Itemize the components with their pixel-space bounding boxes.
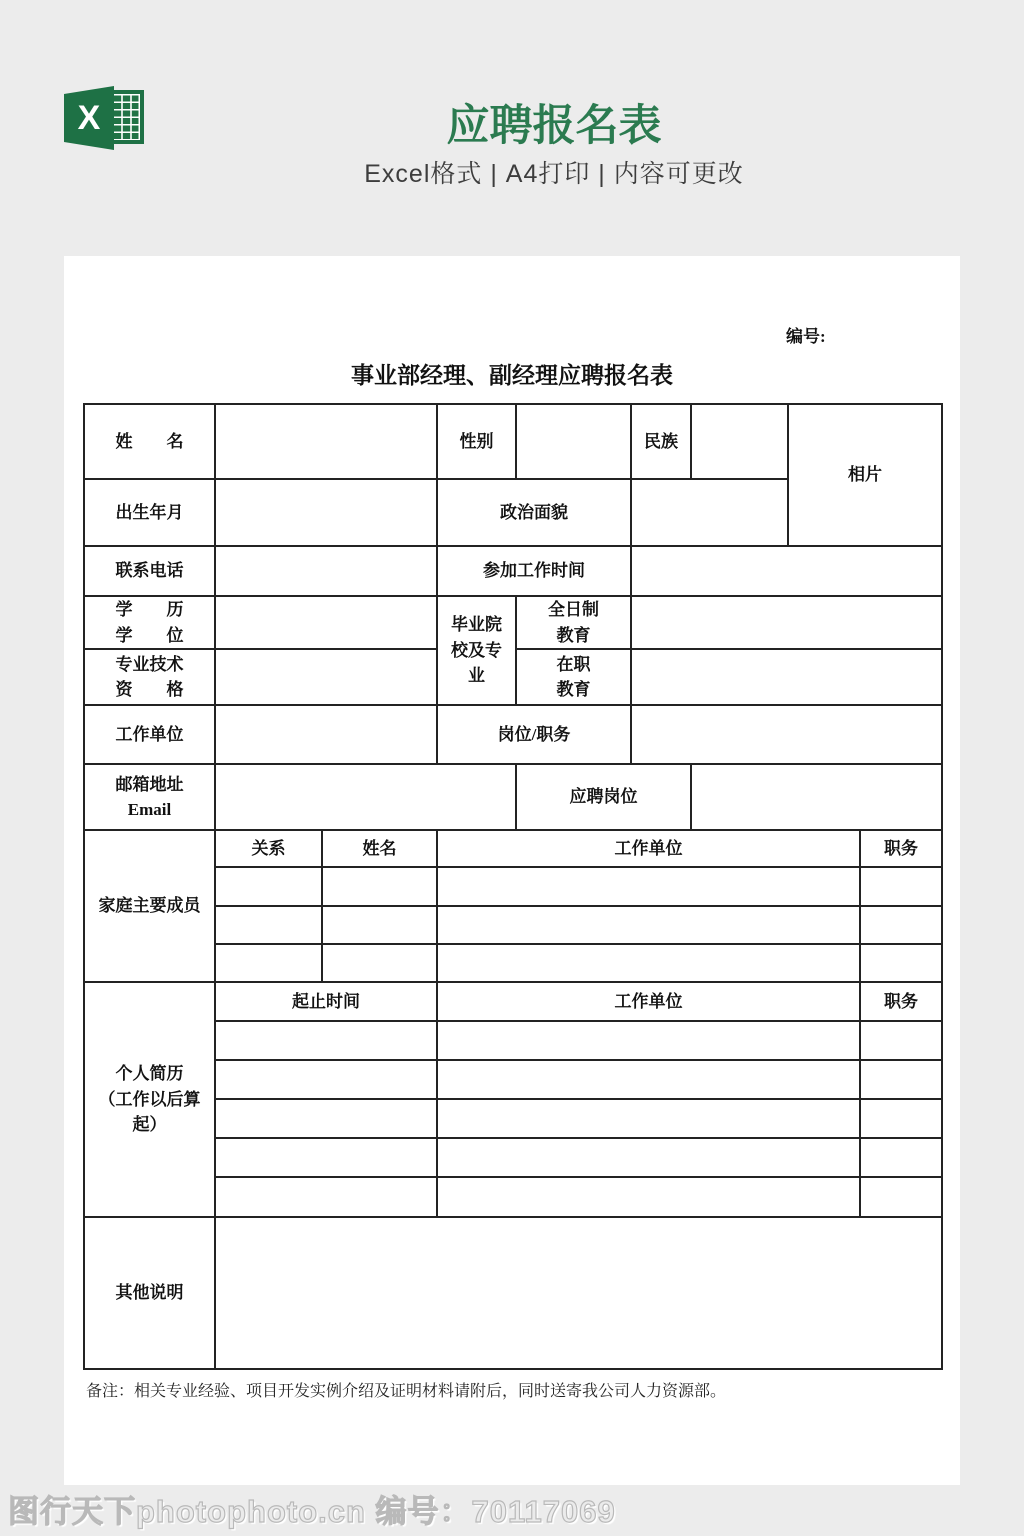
resume-work-unit-input[interactable]	[437, 1060, 860, 1099]
label-birth-date: 出生年月	[84, 479, 215, 546]
family-name-input[interactable]	[322, 867, 437, 906]
resume-position-input[interactable]	[860, 1021, 942, 1060]
resume-period-input[interactable]	[215, 1177, 437, 1217]
family-name-input[interactable]	[322, 906, 437, 944]
input-email[interactable]	[215, 764, 516, 830]
remark-note: 备注：相关专业经验、项目开发实例介绍及证明材料请附后，同时送寄我公司人力资源部。	[86, 1378, 726, 1401]
label-fulltime-education: 全日制 教育	[516, 596, 631, 649]
photo-cell: 相片	[788, 404, 942, 546]
resume-position-input[interactable]	[860, 1177, 942, 1217]
resume-header-work-unit: 工作单位	[437, 982, 860, 1021]
form-title: 事业部经理、副经理应聘报名表	[64, 357, 960, 390]
input-ethnicity[interactable]	[691, 404, 788, 479]
label-work-unit: 工作单位	[84, 705, 215, 764]
family-relation-input[interactable]	[215, 906, 322, 944]
input-position[interactable]	[631, 705, 942, 764]
resume-period-input[interactable]	[215, 1138, 437, 1177]
resume-work-unit-input[interactable]	[437, 1177, 860, 1217]
resume-header-period: 起止时间	[215, 982, 437, 1021]
page-subtitle: Excel格式 | A4打印 | 内容可更改	[0, 154, 1024, 190]
label-position: 岗位/职务	[437, 705, 631, 764]
input-birth-date[interactable]	[215, 479, 437, 546]
input-gender[interactable]	[516, 404, 631, 479]
resume-position-input[interactable]	[860, 1138, 942, 1177]
family-position-input[interactable]	[860, 944, 942, 982]
family-name-input[interactable]	[322, 944, 437, 982]
input-fulltime-education[interactable]	[631, 596, 942, 649]
serial-number-label: 编号:	[786, 322, 826, 347]
resume-position-input[interactable]	[860, 1060, 942, 1099]
resume-work-unit-input[interactable]	[437, 1099, 860, 1138]
label-education-degree: 学 历 学 位	[84, 596, 215, 649]
label-professional-qualification: 专业技术 资 格	[84, 649, 215, 705]
family-header-work-unit: 工作单位	[437, 830, 860, 867]
resume-period-input[interactable]	[215, 1021, 437, 1060]
resume-position-input[interactable]	[860, 1099, 942, 1138]
input-political-status[interactable]	[631, 479, 788, 546]
input-onjob-education[interactable]	[631, 649, 942, 705]
form-sheet: 编号: 事业部经理、副经理应聘报名表 姓 名 性别 民族 相片 出生年月	[64, 256, 960, 1485]
input-join-work-time[interactable]	[631, 546, 942, 596]
label-applied-position: 应聘岗位	[516, 764, 691, 830]
label-onjob-education: 在职 教育	[516, 649, 631, 705]
resume-header-position: 职务	[860, 982, 942, 1021]
input-applied-position[interactable]	[691, 764, 942, 830]
label-other-notes: 其他说明	[84, 1217, 215, 1369]
family-header-name: 姓名	[322, 830, 437, 867]
label-family-section: 家庭主要成员	[84, 830, 215, 982]
input-education-degree[interactable]	[215, 596, 437, 649]
family-work-unit-input[interactable]	[437, 944, 860, 982]
family-work-unit-input[interactable]	[437, 906, 860, 944]
watermark-text: 图行天下photophoto.cn 编号：70117069	[8, 1486, 616, 1531]
input-work-unit[interactable]	[215, 705, 437, 764]
family-relation-input[interactable]	[215, 944, 322, 982]
label-gender: 性别	[437, 404, 516, 479]
label-graduate-school: 毕业院 校及专 业	[437, 596, 516, 705]
label-email: 邮箱地址 Email	[84, 764, 215, 830]
resume-work-unit-input[interactable]	[437, 1021, 860, 1060]
family-position-input[interactable]	[860, 867, 942, 906]
family-position-input[interactable]	[860, 906, 942, 944]
family-header-relation: 关系	[215, 830, 322, 867]
label-phone: 联系电话	[84, 546, 215, 596]
input-phone[interactable]	[215, 546, 437, 596]
resume-period-input[interactable]	[215, 1060, 437, 1099]
family-work-unit-input[interactable]	[437, 867, 860, 906]
resume-work-unit-input[interactable]	[437, 1138, 860, 1177]
label-political-status: 政治面貌	[437, 479, 631, 546]
input-professional-qualification[interactable]	[215, 649, 437, 705]
label-name: 姓 名	[84, 404, 215, 479]
label-ethnicity: 民族	[631, 404, 691, 479]
family-relation-input[interactable]	[215, 867, 322, 906]
label-join-work-time: 参加工作时间	[437, 546, 631, 596]
page-title: 应聘报名表	[0, 92, 1024, 153]
application-form-table: 姓 名 性别 民族 相片 出生年月 政治面貌 联系电话 参加工作时间	[83, 403, 943, 1370]
input-other-notes[interactable]	[215, 1217, 942, 1369]
label-resume-section: 个人简历 （工作以后算 起）	[84, 982, 215, 1217]
family-header-position: 职务	[860, 830, 942, 867]
resume-period-input[interactable]	[215, 1099, 437, 1138]
input-name[interactable]	[215, 404, 437, 479]
